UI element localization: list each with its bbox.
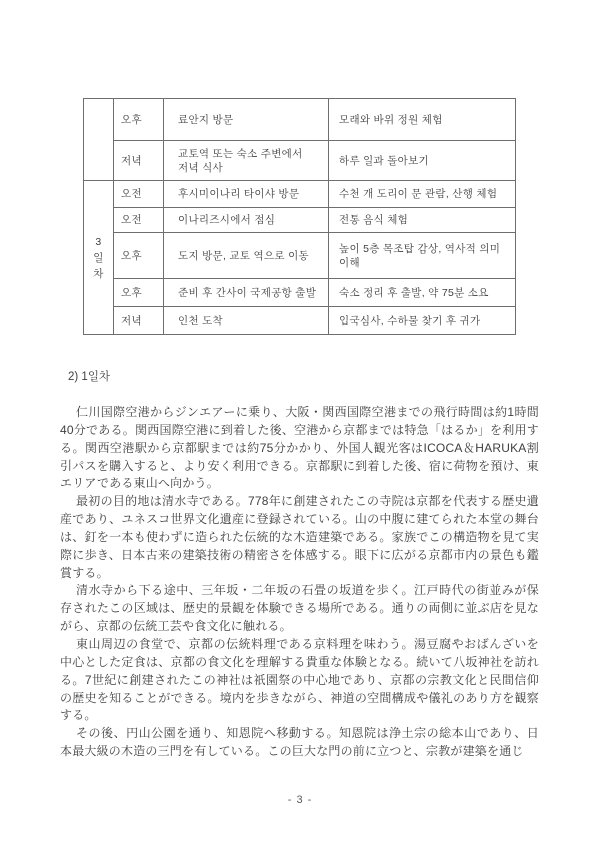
activity-cell: 인천 도착 xyxy=(164,307,329,335)
activity-cell: 준비 후 간사이 국제공항 출발 xyxy=(164,279,329,307)
table-row: 오후준비 후 간사이 국제공항 출발숙소 정리 후 출발, 약 75분 소요 xyxy=(84,279,516,307)
activity-cell: 이나리즈시에서 점심 xyxy=(164,208,329,233)
time-cell: 오후 xyxy=(114,279,164,307)
note-cell: 하루 일과 돌아보기 xyxy=(329,141,516,181)
body-text: 仁川国際空港からジンエアーに乗り、大阪・関西国際空港までの飛行時間は約1時間40… xyxy=(60,404,539,761)
time-cell: 저녁 xyxy=(114,307,164,335)
itinerary-table: 오후료안지 방문모래와 바위 정원 체험저녁교토역 또는 숙소 주변에서 저녁 … xyxy=(83,98,516,335)
itinerary-table-body: 오후료안지 방문모래와 바위 정원 체험저녁교토역 또는 숙소 주변에서 저녁 … xyxy=(84,99,516,335)
table-row: 저녁교토역 또는 숙소 주변에서 저녁 식사하루 일과 돌아보기 xyxy=(84,141,516,181)
paragraph: 仁川国際空港からジンエアーに乗り、大阪・関西国際空港までの飛行時間は約1時間40… xyxy=(60,404,539,493)
time-cell: 오후 xyxy=(114,99,164,141)
time-cell: 오전 xyxy=(114,208,164,233)
table-row: 3 일 차오전후시미이나리 타이샤 방문수천 개 도리이 문 관람, 산행 체험 xyxy=(84,181,516,208)
note-cell: 숙소 정리 후 출발, 약 75분 소요 xyxy=(329,279,516,307)
page-number: - 3 - xyxy=(0,794,600,806)
document-page: 오후료안지 방문모래와 바위 정원 체험저녁교토역 또는 숙소 주변에서 저녁 … xyxy=(0,0,600,849)
table-row: 오후도지 방문, 교토 역으로 이동높이 5층 목조탑 감상, 역사적 의미 이… xyxy=(84,233,516,279)
table-row: 오전이나리즈시에서 점심전통 음식 체험 xyxy=(84,208,516,233)
paragraph: その後、円山公園を通り、知恩院へ移動する。知恩院は浄土宗の総本山であり、日本最大… xyxy=(60,725,539,761)
activity-cell: 도지 방문, 교토 역으로 이동 xyxy=(164,233,329,279)
activity-cell: 후시미이나리 타이샤 방문 xyxy=(164,181,329,208)
section-heading: 2) 1일차 xyxy=(68,370,110,384)
table-row: 저녁인천 도착입국심사, 수하물 찾기 후 귀가 xyxy=(84,307,516,335)
time-cell: 저녁 xyxy=(114,141,164,181)
note-cell: 수천 개 도리이 문 관람, 산행 체험 xyxy=(329,181,516,208)
paragraph: 最初の目的地は清水寺である。778年に創建されたこの寺院は京都を代表する歴史遺産… xyxy=(60,493,539,582)
time-cell: 오전 xyxy=(114,181,164,208)
activity-cell: 료안지 방문 xyxy=(164,99,329,141)
table-row: 오후료안지 방문모래와 바위 정원 체험 xyxy=(84,99,516,141)
note-cell: 전통 음식 체험 xyxy=(329,208,516,233)
note-cell: 입국심사, 수하물 찾기 후 귀가 xyxy=(329,307,516,335)
activity-cell: 교토역 또는 숙소 주변에서 저녁 식사 xyxy=(164,141,329,181)
paragraph: 清水寺から下る途中、三年坂・二年坂の石畳の坂道を歩く。江戸時代の街並みが保存され… xyxy=(60,582,539,636)
note-cell: 모래와 바위 정원 체험 xyxy=(329,99,516,141)
day-cell: 3 일 차 xyxy=(84,181,114,335)
day-cell xyxy=(84,99,114,181)
paragraph: 東山周辺の食堂で、京都の伝統料理である京料理を味わう。湯豆腐やおばんざいを中心と… xyxy=(60,636,539,725)
note-cell: 높이 5층 목조탑 감상, 역사적 의미 이해 xyxy=(329,233,516,279)
time-cell: 오후 xyxy=(114,233,164,279)
